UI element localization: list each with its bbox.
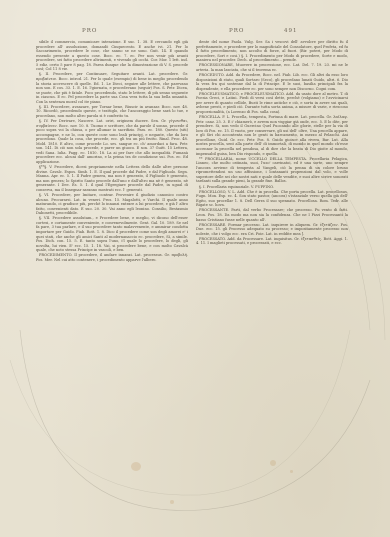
entry-paragraph: §. IV. Per Derivare, Nascere. Lat. oriri… [36, 119, 188, 164]
left-column: sibile il commercio, comunicare intenzio… [36, 40, 188, 263]
entry-paragraph: PROCELEUSMATICO, e PROCELEUSMATICO. Add.… [196, 92, 348, 115]
entry-paragraph: PROCEDIMENTO. Il procedere, il andare in… [36, 253, 188, 262]
paper-stain [270, 460, 276, 466]
entry-paragraph: §**§. V. Procedere, dicesi propriamente … [36, 165, 188, 192]
right-column: dente del nome Paola. Vulg. Ser. Sa i ve… [196, 40, 348, 247]
entry-paragraph: PROCESSANTE. Parti, dal verbo Processare… [196, 208, 348, 222]
entry-paragraph: sibile il commercio, comunicare intenzio… [36, 40, 188, 72]
running-head: PRO PRO 491 [0, 28, 390, 38]
entry-paragraph: PROCELLOSO, V. L. Add. Che è in procella… [196, 190, 348, 208]
entry-paragraph: PROCEDUTO. Add. da Procedere, Bocc. nel.… [196, 73, 348, 91]
entry-paragraph: §. VI. Procedere, per Imitare, contrar. … [36, 193, 188, 216]
entry-paragraph: PROCESSIONARE, Muovere in processione, e… [196, 63, 348, 72]
entry-paragraph: §. III. Procedere, avanzare, per Tornar … [36, 105, 188, 119]
entry-paragraph: dente del nome Paola. Vulg. Ser. Sa i ve… [196, 40, 348, 63]
entry-paragraph: §. I. Procellaria equinoziale. V. PUFFIN… [196, 185, 348, 190]
paper-stain [290, 470, 293, 473]
paper-stain [170, 500, 174, 504]
entry-paragraph: PROCESSATO. Add. da Processare. Lat. inq… [196, 237, 348, 246]
paper-stain [131, 462, 141, 471]
entry-paragraph: §. II. Procedere, per Continuare, Seguit… [36, 72, 188, 104]
running-head-left: PRO [82, 28, 97, 34]
entry-paragraph: ** PROCELLARIA, nome UCCELLO DELLA TEMPE… [196, 157, 348, 184]
entry-paragraph: PROCELLA. F. L. Procella, tempesta, Fort… [196, 115, 348, 156]
scanned-page: PRO PRO 491 sibile il commercio, comunic… [0, 0, 390, 537]
entry-paragraph: §. VII. Procedere assolutam., e Proceder… [36, 216, 188, 252]
entry-paragraph: PROCESSARE. Formar processo. Lat. inquir… [196, 223, 348, 237]
page-number: 491 [284, 28, 298, 34]
running-head-center: PRO [229, 28, 244, 34]
